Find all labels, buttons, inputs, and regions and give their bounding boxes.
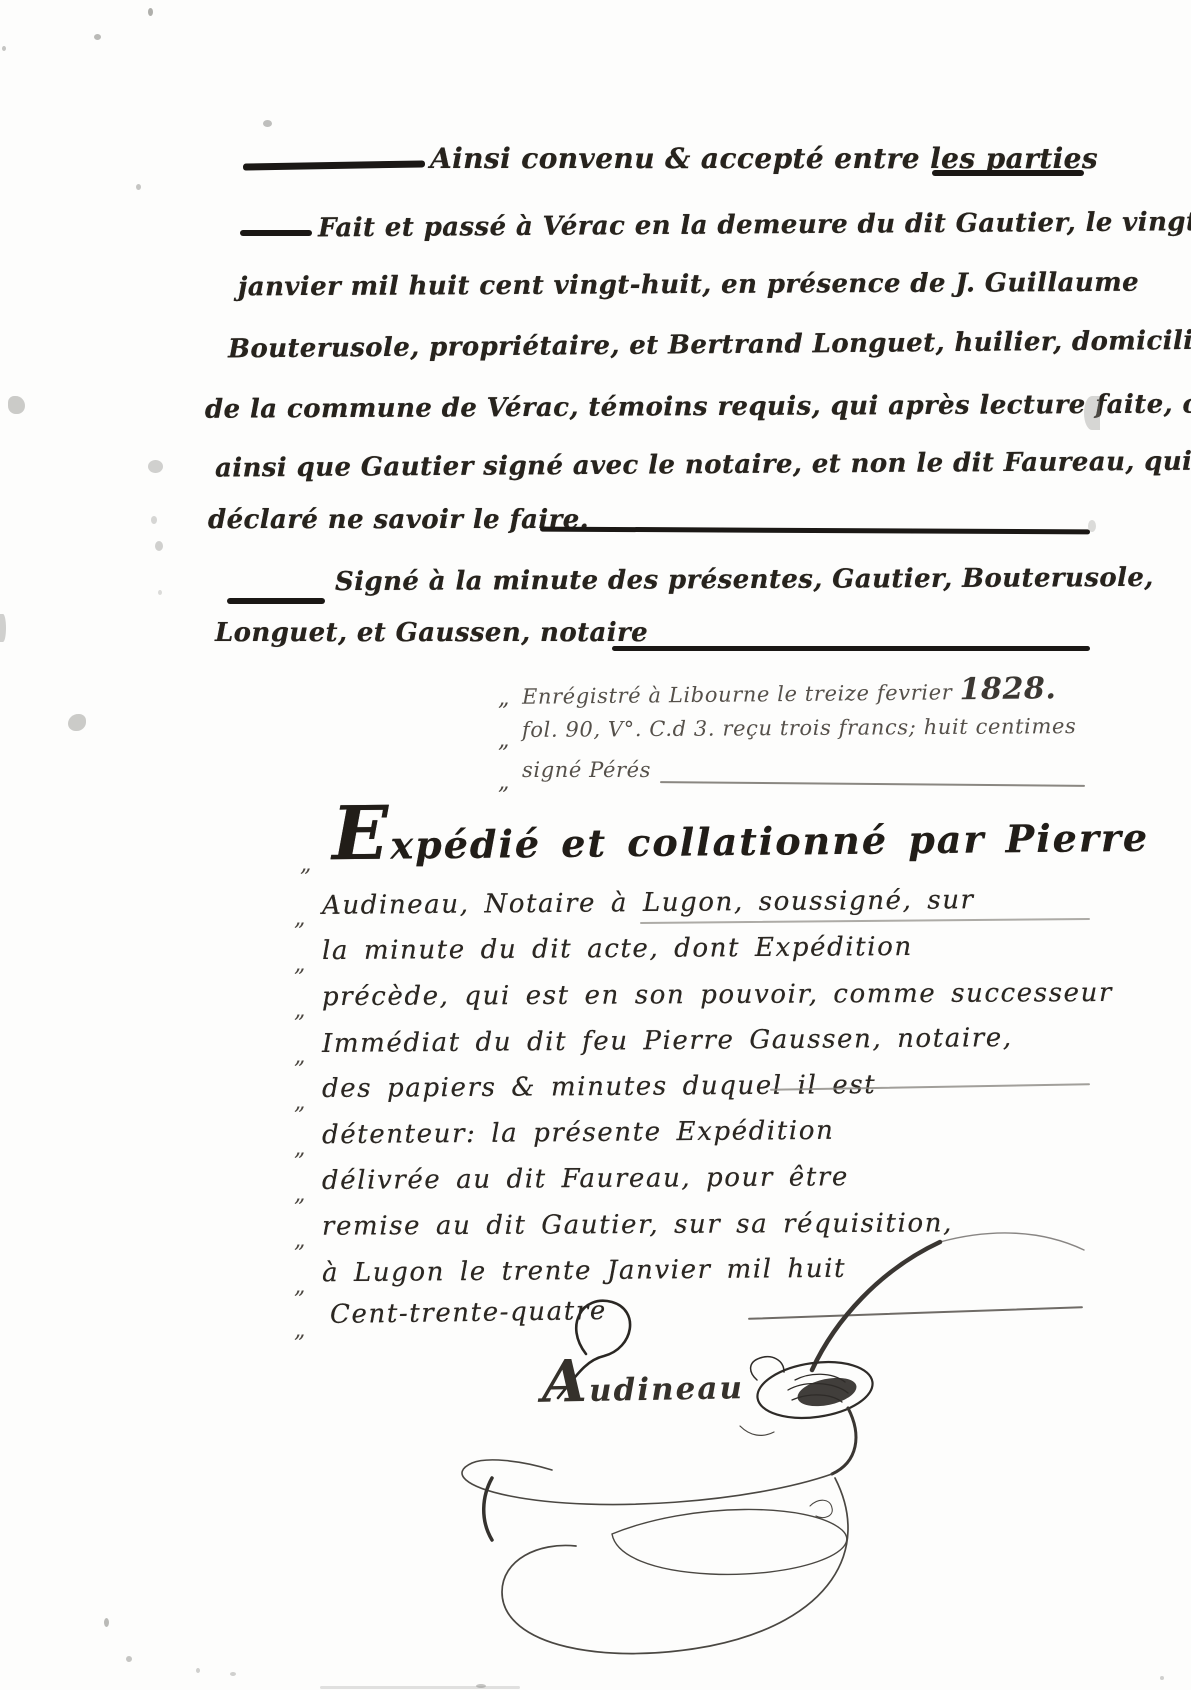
paper-speck [196,1668,200,1673]
ink-hairline [640,918,1090,924]
closing-line: déclaré ne savoir le faire. [208,505,589,535]
expedition-line: précède, qui est en son pouvoir, comme s… [322,978,1113,1012]
notary-signature: Audineau [542,1364,745,1410]
ink-dash [243,160,425,170]
paper-speck [104,1618,109,1627]
quote-mark: „ [294,1318,305,1343]
paper-speck [2,46,6,51]
signature-flourish [380,1230,1100,1660]
scan-edge-artifact [320,1686,520,1689]
ink-dash [240,230,312,236]
paper-speck [263,120,272,127]
quote-mark: „ [498,770,509,795]
paper-speck [94,34,101,40]
ink-dash [932,170,1084,176]
paper-speck [126,1656,132,1662]
expedition-line: détenteur: la présente Expédition [322,1116,835,1150]
paper-speck [148,8,153,16]
paper-speck [230,1672,236,1676]
paper-speck [1160,1676,1164,1680]
ink-dash [227,598,325,604]
quote-mark: „ [294,998,305,1023]
signatures-note-line: Longuet, et Gaussen, notaire [215,618,648,648]
closing-line: Fait et passé à Vérac en la demeure du d… [318,207,1191,244]
expedition-line: des papiers & minutes duquel il est [322,1070,876,1104]
quote-mark: „ [294,1136,305,1161]
quote-mark: „ [498,686,509,711]
paper-speck [1088,520,1096,532]
registration-year: 1828. [959,671,1056,707]
quote-mark: „ [294,906,305,931]
paper-stain [1084,396,1100,430]
quote-mark: „ [294,952,305,977]
closing-line: ainsi que Gautier signé avec le notaire,… [215,446,1191,483]
expedition-line: Expédié et collationné par Pierre [332,804,1150,869]
quote-mark: „ [498,728,509,753]
registration-text: Enrégistré à Libourne le treize fevrier [522,680,952,709]
paper-speck [158,590,162,595]
closing-line: de la commune de Vérac, témoins requis, … [205,389,1191,424]
signatures-note-line: Signé à la minute des présentes, Gautier… [335,563,1154,597]
closing-line: janvier mil huit cent vingt-huit, en pré… [238,268,1139,303]
quote-mark: „ [300,852,311,877]
closing-line: Bouterusole, propriétaire, et Bertrand L… [228,326,1191,365]
expedition-line: Immédiat du dit feu Pierre Gaussen, nota… [322,1023,1013,1059]
expedition-line: délivrée au dit Faureau, pour être [322,1162,849,1196]
quote-mark: „ [294,1182,305,1207]
paper-stain [0,614,6,642]
ink-rule [612,646,1090,651]
quote-mark: „ [294,1228,305,1253]
expedition-line: la minute du dit acte, dont Expédition [322,932,913,966]
expedition-line: Audineau, Notaire à Lugon, soussigné, su… [322,885,975,921]
ink-hairline [660,781,1085,787]
paper-speck [151,516,157,524]
quote-mark: „ [294,1090,305,1115]
paper-speck [155,541,163,551]
registration-line: signé Pérés [522,758,651,782]
registration-line: fol. 90, V°. C.d 3. reçu trois francs; h… [522,714,1076,742]
ink-rule [540,527,1090,535]
paper-stain [148,460,163,473]
quote-mark: „ [294,1274,305,1299]
paper-stain [8,396,25,414]
paper-speck [136,184,141,190]
document-page: Ainsi convenu & accepté entre les partie… [0,0,1191,1690]
paper-stain [68,714,86,731]
quote-mark: „ [294,1044,305,1069]
registration-line: Enrégistré à Libourne le treize fevrier … [522,671,1057,712]
